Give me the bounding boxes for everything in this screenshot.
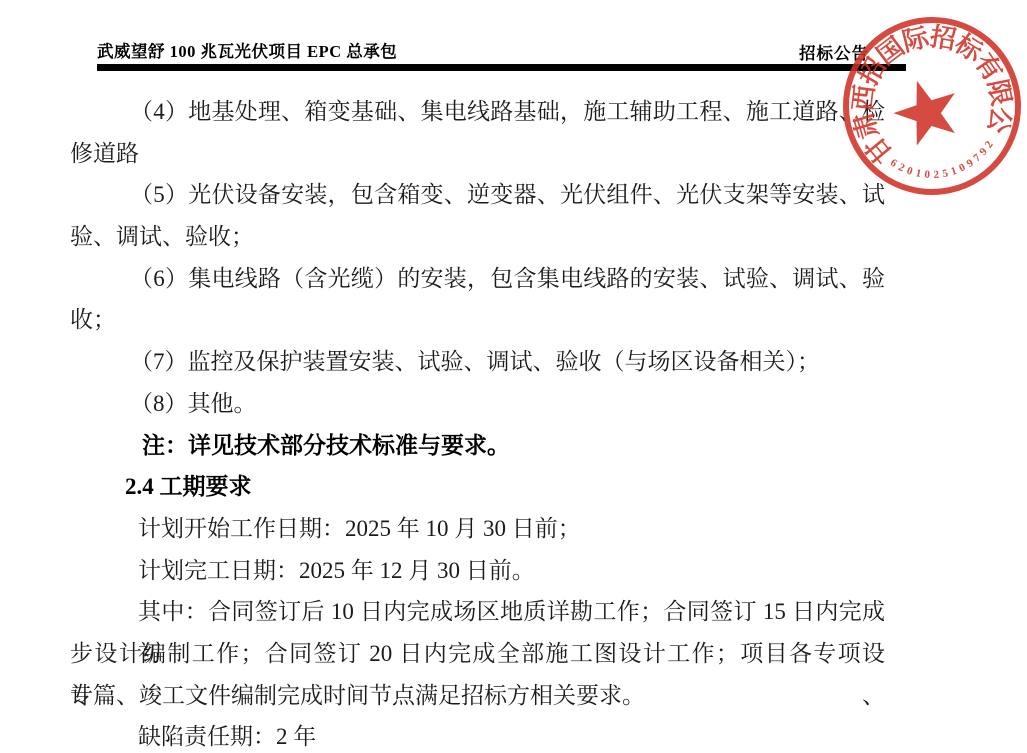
body-line: 修道路 [70,133,885,175]
stamp-number-text-curve: 6201025109792 [886,136,1001,191]
body-line: （5）光伏设备安装，包含箱变、逆变器、光伏组件、光伏支架等安装、试 [70,174,885,216]
body-line: 计划完工日期：2025 年 12 月 30 日前。 [70,550,885,592]
stamp-star-icon [886,71,966,149]
body-line: （4）地基处理、箱变基础、集电线路基础，施工辅助工程、施工道路、检 [70,91,885,133]
body-line: 步设计编制工作；合同签订 20 日内完成全部施工图设计工作；项目各专项设计、 [70,633,885,675]
document-body: （4）地基处理、箱变基础、集电线路基础，施工辅助工程、施工道路、检修道路（5）光… [70,91,885,753]
header-doc-type: 招标公告 [799,40,869,64]
page-header: 武威望舒 100 兆瓦光伏项目 EPC 总承包 招标公告 [0,38,1027,60]
body-line: 计划开始工作日期：2025 年 10 月 30 日前； [70,508,885,550]
body-line: 2.4 工期要求 [70,466,885,508]
header-rule [97,64,906,71]
body-line: （6）集电线路（含光缆）的安装，包含集电线路的安装、试验、调试、验 [70,258,885,300]
body-line: 收； [70,299,885,341]
body-line: 验、调试、验收； [70,216,885,258]
body-line: （7）监控及保护装置安装、试验、调试、验收（与场区设备相关）； [70,341,885,383]
header-project-title: 武威望舒 100 兆瓦光伏项目 EPC 总承包 [97,38,397,62]
body-line: 缺陷责任期：2 年 [70,716,885,753]
body-line: 注：详见技术部分技术标准与要求。 [70,425,885,467]
document-page: 武威望舒 100 兆瓦光伏项目 EPC 总承包 招标公告 （4）地基处理、箱变基… [0,0,1027,753]
body-line: （8）其他。 [70,383,885,425]
body-line: 其中：合同签订后 10 日内完成场区地质详勘工作；合同签订 15 日内完成初 [70,591,885,633]
